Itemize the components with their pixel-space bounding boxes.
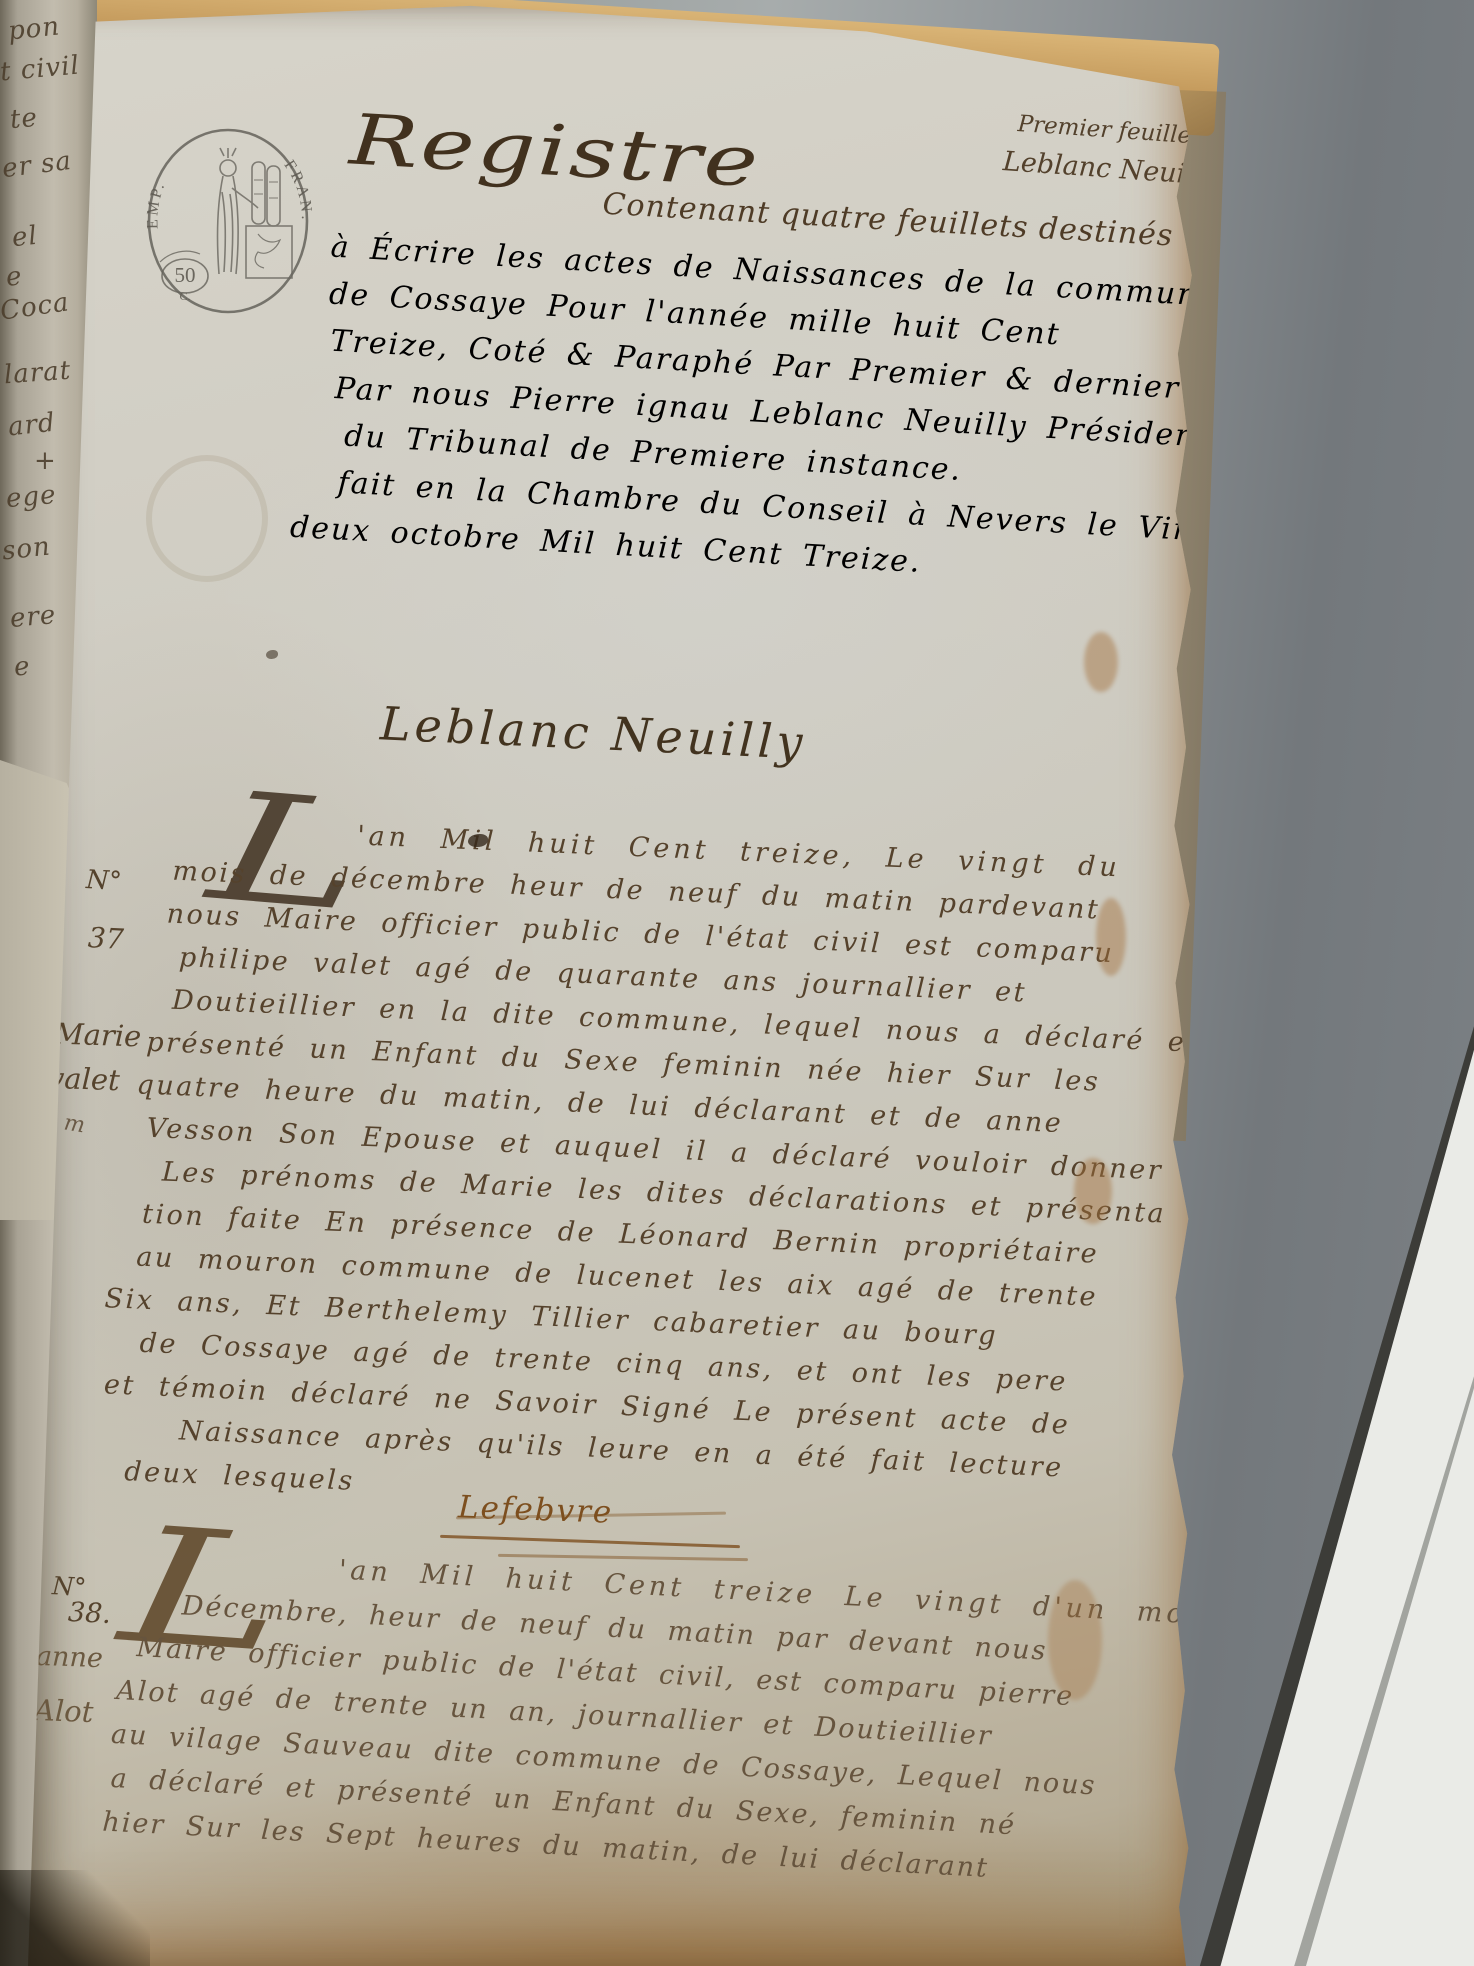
left-page-text-fragment: Coca	[0, 287, 71, 326]
president-signature: Leblanc Neuilly	[379, 696, 808, 769]
act37-margin-name-1: Marie	[53, 1016, 141, 1053]
stamp-value: 50	[175, 263, 196, 287]
edge-stain	[1074, 1158, 1112, 1224]
left-page-text-fragment: e	[4, 261, 23, 293]
act38-margin-name-2: Alot	[33, 1693, 93, 1729]
act-37: 'an Mil huit Cent treize, Le vingt du mo…	[129, 812, 1137, 1540]
left-page-text-fragment: el	[11, 221, 40, 254]
act37-margin-no-label: N°	[85, 865, 122, 897]
left-page-text-fragment: ard	[7, 408, 57, 443]
ink-blot	[266, 650, 278, 659]
left-page-text-fragment: +	[34, 446, 57, 476]
act-38: 'an Mil huit Cent treize Le vingt d'un m…	[142, 1545, 1137, 1904]
left-page-text-fragment: e	[13, 651, 32, 682]
left-page-text-fragment: larat	[3, 356, 72, 391]
bottom-left-shadow	[0, 1870, 150, 1966]
edge-stain	[1096, 898, 1126, 976]
edge-stain	[1048, 1580, 1102, 1700]
header-line-1: Contenant quatre feuillets destinés	[602, 187, 1175, 254]
act37-margin-no: 37	[87, 921, 124, 956]
register-title: Registre	[348, 98, 763, 203]
svg-text:EMP.: EMP.	[144, 178, 169, 229]
left-page-text-fragment: son	[1, 532, 53, 567]
act38-margin-no: 38.	[67, 1597, 112, 1630]
act38-margin-name-1: anne	[35, 1641, 103, 1674]
act37-margin-flourish: m	[62, 1111, 87, 1139]
act37-officer-signature: Lefebvre	[457, 1489, 613, 1530]
left-page-text-fragment: er sa	[0, 146, 73, 184]
left-page-text-fragment: te	[9, 103, 39, 135]
left-page-text-fragment: ege	[5, 480, 58, 514]
left-page-text-fragment: pon	[7, 11, 62, 46]
left-page-text-fragment: ere	[9, 600, 58, 634]
signature-underline	[440, 1535, 740, 1548]
stamp-value-unit: C.	[179, 289, 190, 303]
signature-underline-2	[498, 1554, 748, 1561]
register-page: EMP. FRAN. 50 C.	[28, 0, 1193, 1966]
stamp-motto-left: EMP.	[144, 178, 169, 229]
edge-stain	[1084, 632, 1118, 692]
stamp-figure	[160, 148, 292, 278]
photo-of-register-page: pon t civil te er sa el e Coca larat ard…	[0, 0, 1474, 1966]
paper-stain	[146, 455, 268, 582]
revenue-stamp: EMP. FRAN. 50 C.	[140, 122, 316, 322]
left-page-text-fragment: t civil	[0, 51, 81, 88]
